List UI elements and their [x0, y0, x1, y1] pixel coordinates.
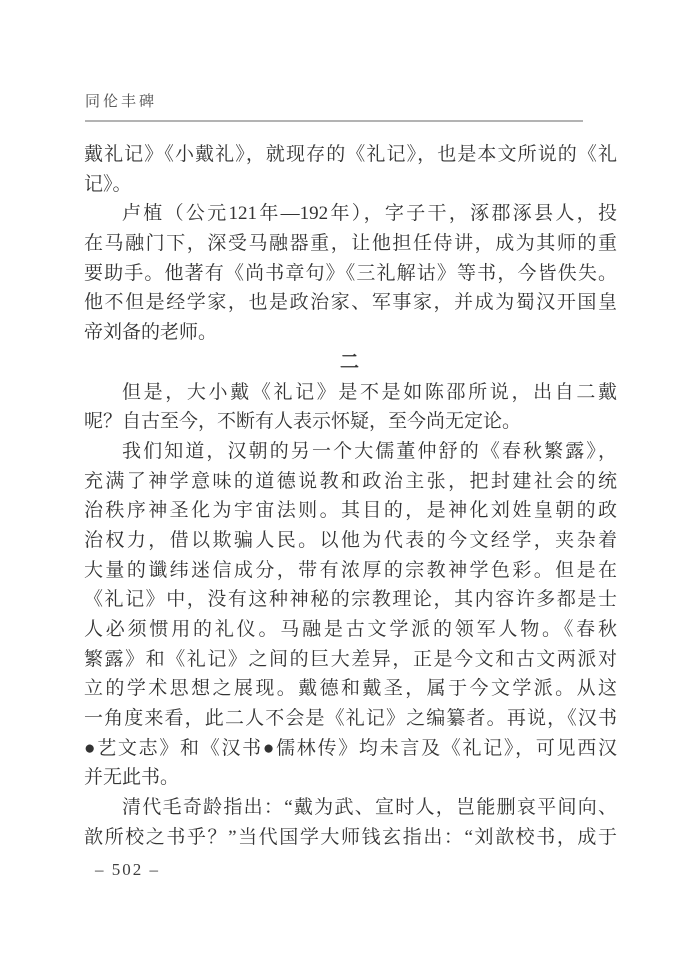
- text-line: 充满了神学意味的道德说教和政治主张，把封建社会的统: [84, 467, 617, 497]
- text-line: 他不但是经学家，也是政治家、军事家，并成为蜀汉开国皇: [84, 288, 617, 318]
- running-head: 同伦丰碑: [85, 93, 157, 111]
- page-body: 戴礼记》《小戴礼》，就现存的《礼记》，也是本文所说的《礼记》。卢植（公元121年…: [84, 140, 617, 853]
- text-line: 我们知道，汉朝的另一个大儒董仲舒的《春秋繁露》，: [84, 437, 617, 467]
- text-line: 二: [84, 348, 617, 378]
- text-line: 治秩序神圣化为宇宙法则。其目的，是神化刘姓皇朝的政: [84, 496, 617, 526]
- text-line: 一角度来看，此二人不会是《礼记》之编纂者。再说，《汉书: [84, 704, 617, 734]
- text-line: 治权力，借以欺骗人民。以他为代表的今文经学，夹杂着: [84, 526, 617, 556]
- text-line: 繁露》和《礼记》之间的巨大差异，正是今文和古文两派对: [84, 645, 617, 675]
- text-line: 记》。: [84, 170, 617, 200]
- text-line: 清代毛奇龄指出：“戴为武、宣时人，岂能删哀平间向、: [84, 793, 617, 823]
- page-number: – 502 –: [95, 860, 160, 880]
- text-line: 人必须惯用的礼仪。马融是古文学派的领军人物。《春秋: [84, 615, 617, 645]
- book-page: 同伦丰碑 戴礼记》《小戴礼》，就现存的《礼记》，也是本文所说的《礼记》。卢植（公…: [0, 0, 692, 968]
- text-line: 大量的谶纬迷信成分，带有浓厚的宗教神学色彩。但是在: [84, 556, 617, 586]
- text-line: 呢？自古至今，不断有人表示怀疑，至今尚无定论。: [84, 407, 617, 437]
- text-line: 歆所校之书乎？”当代国学大师钱玄指出：“刘歆校书，成于: [84, 823, 617, 853]
- text-line: ●艺文志》和《汉书●儒林传》均未言及《礼记》，可见西汉: [84, 734, 617, 764]
- text-line: 但是，大小戴《礼记》是不是如陈邵所说，出自二戴: [84, 378, 617, 408]
- text-line: 在马融门下，深受马融器重，让他担任侍讲，成为其师的重: [84, 229, 617, 259]
- header-rule: [85, 120, 583, 122]
- text-line: 戴礼记》《小戴礼》，就现存的《礼记》，也是本文所说的《礼: [84, 140, 617, 170]
- text-line: 要助手。他著有《尚书章句》《三礼解诂》等书，今皆佚失。: [84, 259, 617, 289]
- text-line: 立的学术思想之展现。戴德和戴圣，属于今文学派。从这: [84, 674, 617, 704]
- text-line: 卢植（公元121年—192年），字子干，涿郡涿县人，投: [84, 199, 617, 229]
- text-line: 帝刘备的老师。: [84, 318, 617, 348]
- text-line: 并无此书。: [84, 763, 617, 793]
- text-line: 《礼记》中，没有这种神秘的宗教理论，其内容许多都是士: [84, 585, 617, 615]
